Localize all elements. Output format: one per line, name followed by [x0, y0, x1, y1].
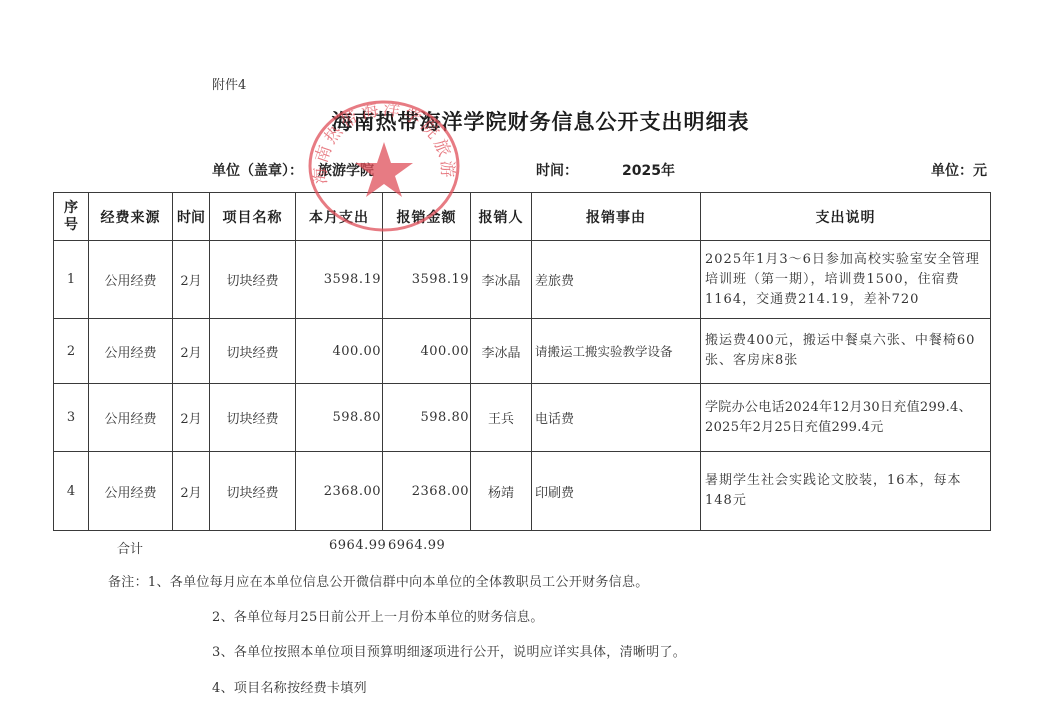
- header-time: 时间: [173, 193, 210, 241]
- cell-project: 切块经费: [210, 384, 296, 452]
- cell-project: 切块经费: [210, 452, 296, 531]
- cell-claimant: 王兵: [471, 384, 532, 452]
- unit-label: 单位（盖章）：: [212, 160, 303, 180]
- cell-project: 切块经费: [210, 319, 296, 384]
- cell-claimant: 李冰晶: [471, 319, 532, 384]
- cell-seq: 3: [54, 384, 89, 452]
- cell-reason: 印刷费: [532, 452, 701, 531]
- cell-seq: 2: [54, 319, 89, 384]
- cell-seq: 1: [54, 241, 89, 319]
- total-label: 合计: [117, 538, 143, 557]
- cell-reimbursed: 2368.00: [383, 452, 471, 531]
- table-header-row: 序号 经费来源 时间 项目名称 本月支出 报销金额 报销人 报销事由 支出说明: [54, 193, 991, 241]
- note-2: 2、各单位每月25日前公开上一月份本单位的财务信息。: [212, 606, 544, 625]
- header-reason: 报销事由: [532, 193, 701, 241]
- cell-description: 学院办公电话2024年12月30日充值299.4、2025年2月25日充值299…: [701, 384, 991, 452]
- cell-monthly: 3598.19: [296, 241, 383, 319]
- cell-time: 2月: [173, 452, 210, 531]
- cell-reimbursed: 400.00: [383, 319, 471, 384]
- cell-claimant: 李冰晶: [471, 241, 532, 319]
- cell-source: 公用经费: [89, 241, 173, 319]
- cell-project: 切块经费: [210, 241, 296, 319]
- header-project: 项目名称: [210, 193, 296, 241]
- cell-reimbursed: 3598.19: [383, 241, 471, 319]
- cell-time: 2月: [173, 384, 210, 452]
- cell-reimbursed: 598.80: [383, 384, 471, 452]
- header-reimbursed: 报销金额: [383, 193, 471, 241]
- table-row: 4 公用经费 2月 切块经费 2368.00 2368.00 杨靖 印刷费 暑期…: [54, 452, 991, 531]
- note-1: 备注：1、各单位每月应在本单位信息公开微信群中向本单位的全体教职员工公开财务信息…: [108, 571, 649, 590]
- cell-source: 公用经费: [89, 452, 173, 531]
- time-label: 时间：: [536, 160, 578, 180]
- cell-seq: 4: [54, 452, 89, 531]
- cell-monthly: 2368.00: [296, 452, 383, 531]
- header-source: 经费来源: [89, 193, 173, 241]
- total-monthly-spend: 6964.99: [329, 538, 386, 553]
- cell-source: 公用经费: [89, 384, 173, 452]
- expense-detail-table: 序号 经费来源 时间 项目名称 本月支出 报销金额 报销人 报销事由 支出说明 …: [53, 192, 991, 531]
- cell-time: 2月: [173, 319, 210, 384]
- cell-description: 暑期学生社会实践论文胶装，16本，每本148元: [701, 452, 991, 531]
- header-seq: 序号: [54, 193, 89, 241]
- currency-unit-label: 单位：元: [931, 160, 987, 180]
- total-reimbursed: 6964.99: [388, 538, 445, 553]
- attachment-label: 附件4: [212, 74, 246, 93]
- time-value: 2025年: [622, 160, 675, 180]
- cell-reason: 差旅费: [532, 241, 701, 319]
- cell-monthly: 598.80: [296, 384, 383, 452]
- table-row: 3 公用经费 2月 切块经费 598.80 598.80 王兵 电话费 学院办公…: [54, 384, 991, 452]
- table-row: 1 公用经费 2月 切块经费 3598.19 3598.19 李冰晶 差旅费 2…: [54, 241, 991, 319]
- note-4: 4、项目名称按经费卡填列: [212, 677, 367, 696]
- cell-claimant: 杨靖: [471, 452, 532, 531]
- header-claimant: 报销人: [471, 193, 532, 241]
- cell-source: 公用经费: [89, 319, 173, 384]
- cell-reason: 请搬运工搬实验教学设备: [532, 319, 701, 384]
- cell-reason: 电话费: [532, 384, 701, 452]
- header-monthly: 本月支出: [296, 193, 383, 241]
- header-description: 支出说明: [701, 193, 991, 241]
- cell-description: 2025年1月3～6日参加高校实验室安全管理培训班（第一期），培训费1500，住…: [701, 241, 991, 319]
- document-title-text: 海南热带海洋学院财务信息公开支出明细表: [332, 110, 750, 134]
- cell-monthly: 400.00: [296, 319, 383, 384]
- unit-value: 旅游学院: [318, 160, 374, 180]
- table-row: 2 公用经费 2月 切块经费 400.00 400.00 李冰晶 请搬运工搬实验…: [54, 319, 991, 384]
- document-title: 海南热带海洋学院财务信息公开支出明细表: [0, 106, 1057, 136]
- note-3: 3、各单位按照本单位项目预算明细逐项进行公开，说明应详实具体，清晰明了。: [212, 641, 686, 660]
- cell-time: 2月: [173, 241, 210, 319]
- cell-description: 搬运费400元，搬运中餐桌六张、中餐椅60张、客房床8张: [701, 319, 991, 384]
